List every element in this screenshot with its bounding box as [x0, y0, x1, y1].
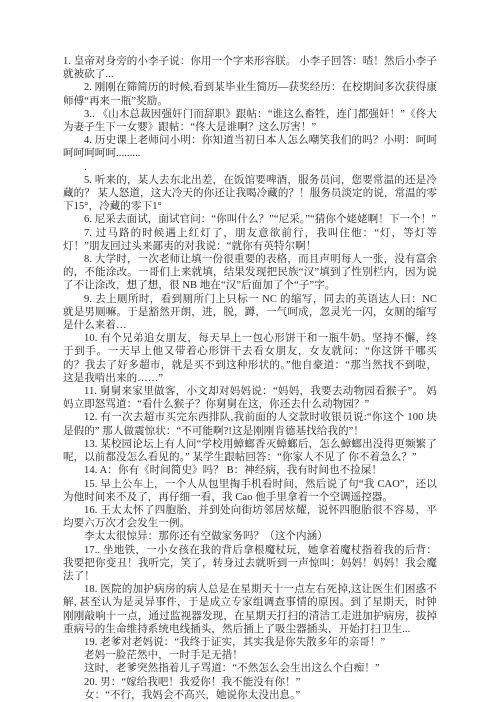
joke-paragraph: 13. 某校园论坛上有人问“学校用蟑螂香灭蟑螂后，怎么蟑螂出没得更频繁了呢，以前… — [63, 438, 437, 464]
joke-paragraph: 6. 尼采去面试，面试官问：“你叫什么？”“尼采。”“猜你个姥姥啊！下一个！” — [63, 213, 437, 226]
joke-paragraph: 3.. 《山木总裁因强奸门而辞职》跟帖：“谁这么畜牲，连门都强奸！”《佟大为妻子… — [63, 108, 437, 134]
joke-paragraph: . — [63, 161, 437, 174]
joke-paragraph: 20. 男：“嫁给我吧！我爱你！我不能没有你！” — [63, 676, 437, 689]
joke-paragraph: 老妈一脸茫然中，一时手足无措！ — [63, 649, 437, 662]
joke-paragraph: 9. 去上厕所时，看到厕所门上只标一 NC 的缩写，同去的英语达人曰：NC 就是… — [63, 293, 437, 333]
joke-paragraph: 2. 刚刚在筛简历的时候,看到某毕业生简历—获奖经历：在校期间多次获得康师傅“再… — [63, 81, 437, 107]
document-page: 1. 皇帝对身旁的小李子说：你用一个字来形容朕。 小李子回答：喳！然后小李子就被… — [0, 0, 496, 702]
joke-paragraph: 女：“不行，我妈会不高兴，她说你太没出息。” — [63, 689, 437, 702]
joke-paragraph: 15. 早上公车上，一个人从包里掏手机看时间，然后说了句“我 CAO”，还以为他… — [63, 478, 437, 504]
joke-paragraph: 8. 大学时，一次老师让填一份很重要的表格，而且声明每人一张，没有富余的，不能涂… — [63, 253, 437, 293]
joke-paragraph: 14. A：你有《时间简史》吗？ B：神经病，我有时间也不捡屎！ — [63, 464, 437, 477]
joke-paragraph: 李太太很惊异：那你还有空做家务吗？（这个内涵） — [63, 530, 437, 543]
joke-paragraph: 这时，老爹突然指着儿子骂道：“不然怎么会生出这么个白痴！” — [63, 662, 437, 675]
joke-paragraph: 16. 王太太怀了四胞胎，并到处向街坊邻居炫耀，说怀四胞胎很不容易，平均要六万次… — [63, 504, 437, 530]
joke-paragraph: 4. 历史课上老师问小明：你知道当初日本人怎么嘲笑我们的吗？小明：呵呵呵呵呵呵呵… — [63, 134, 437, 160]
joke-paragraph: 17.. 坐地铁，一小女孩在我的背后拿根魔杖玩，她拿着魔杖指着我的后背：我要把你… — [63, 544, 437, 584]
joke-paragraph: 18. 医院的加护病房的病人总是在星期天十一点左右死掉,这让医生们困惑不解, 甚… — [63, 583, 437, 636]
joke-paragraph: 5. 听来的，某人去东北出差，在饭馆要啤酒，服务员问，您要常温的还是冷藏的？ 某… — [63, 174, 437, 214]
joke-paragraph: 10. 有个兄弟追女朋友，每天早上一包心形饼干和一瓶牛奶。坚持不懈，终于到手。一… — [63, 332, 437, 385]
joke-paragraph: 12. 有一次去超市买完东西排队,我前面的人交款时收银员说:“你这个 100 块… — [63, 411, 437, 437]
joke-list: 1. 皇帝对身旁的小李子说：你用一个字来形容朕。 小李子回答：喳！然后小李子就被… — [63, 55, 437, 702]
joke-paragraph: 1. 皇帝对身旁的小李子说：你用一个字来形容朕。 小李子回答：喳！然后小李子就被… — [63, 55, 437, 81]
joke-paragraph: 19. 老爹对老妈说：“我终于证实，其实我是你失散多年的亲哥！” — [63, 636, 437, 649]
joke-paragraph: 7. 过马路的时候遇上红灯了，朋友意欲前行，我叫住他：“灯，等灯等灯！”朋友回过… — [63, 227, 437, 253]
joke-paragraph: 11. 舅舅来家里做客，小文却对妈妈说：“妈妈，我要去动物园看猴子”。 妈妈立即… — [63, 385, 437, 411]
